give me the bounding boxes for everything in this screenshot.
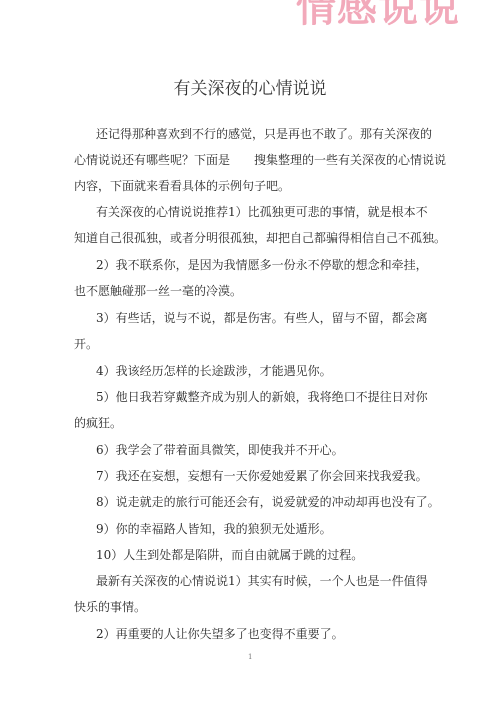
body-line: 内容，下面就来看看具体的示例句子吧。	[74, 179, 290, 193]
body-line: 知道自己很孤独，或者分明很孤独，却把自己都骗得相信自己不孤独。	[74, 231, 446, 245]
body-line: 的疯狂。	[74, 416, 122, 430]
body-line: 3）有些话，说与不说，都是伤害。有些人，留与不留，都会离	[96, 311, 428, 325]
body-line: 7）我还在妄想，妄想有一天你爱她爱累了你会回来找我爱我。	[96, 469, 428, 483]
body-line: 5）他日我若穿戴整齐成为别人的新娘，我将绝口不提往日对你	[96, 390, 428, 404]
body-line: 还记得那种喜欢到不行的感觉，只是再也不敢了。那有关深夜的	[96, 127, 432, 141]
body-line: 开。	[74, 337, 98, 351]
body-line: 10）人生到处都是陷阱，而自由就属于跳的过程。	[96, 548, 363, 562]
body-line: 8）说走就走的旅行可能还会有，说爱就爱的冲动却再也没有了。	[96, 495, 440, 509]
body-line: 6）我学会了带着面具微笑，即使我并不开心。	[96, 443, 344, 457]
body-line: 有关深夜的心情说说推荐1）比孤独更可悲的事情，就是根本不	[96, 205, 428, 219]
body-line: 2）再重要的人让你失望多了也变得不重要了。	[96, 627, 344, 641]
body-line: 4）我该经历怎样的长途跋涉，才能遇见你。	[96, 364, 332, 378]
body-line: 9）你的幸福路人皆知，我的狼狈无处遁形。	[96, 522, 332, 536]
watermark-text: 情感说说	[296, 0, 460, 28]
page-number: 1	[248, 653, 252, 661]
body-line: 快乐的事情。	[74, 600, 146, 614]
body-line: 最新有关深夜的心情说说1）其实有时候，一个人也是一件值得	[96, 574, 428, 588]
body-line: 心情说说还有哪些呢？下面是 搜集整理的一些有关深夜的心情说说	[74, 153, 446, 167]
document-title: 有关深夜的心情说说	[0, 74, 500, 99]
body-line: 2）我不联系你，是因为我情愿多一份永不停歇的想念和牵挂，	[96, 258, 428, 272]
body-line: 也不愿触碰那一丝一毫的冷漠。	[74, 284, 242, 298]
